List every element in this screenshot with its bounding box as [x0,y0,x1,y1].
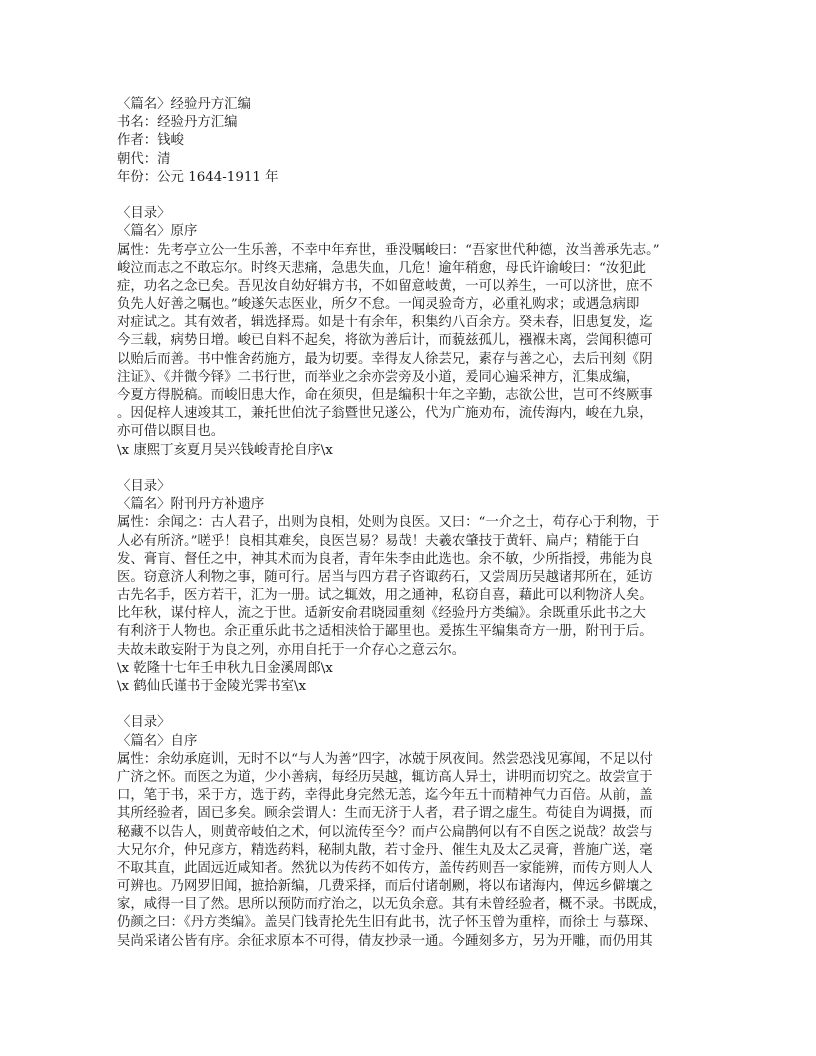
body-line: 对症试之。其有效者，辑选择焉。如是十有余年，积集约八百余方。癸未春，旧患复发，迄 [117,314,697,332]
body-line: 可辨也。乃网罗旧闻，摭拾新编，几费采择，而后付诸剞劂，将以布诸海内，俾远乡僻壤之 [117,878,697,896]
dynasty: 朝代：清 [117,151,697,169]
body-line: 属性：余幼承庭训，无时不以“与人为善”四字，冰兢于夙夜间。然尝恐浅见寡闻，不足以… [117,751,697,769]
body-line: 负先人好善之嘱也。”峻遂矢志医业，所夕不怠。一闻灵验奇方，必重礼购求；或遇急病即 [117,296,697,314]
author: 作者：钱峻 [117,132,697,150]
body-line: 亦可借以瞑目也。 [117,423,697,441]
body-line: 以贻后而善。书中惟舍药施方，最为切要。幸得友人徐芸兄，素存与善之心，去后刊刻《阴 [117,351,697,369]
body-line: 峻泣而志之不敢忘尔。时终天悲痛，急患失血，几危！逾年稍愈，母氏许谕峻曰：“汝犯此 [117,260,697,278]
body-line: 不取其直，此固远近咸知者。然犹以为传药不如传方，盖传药则吾一家能辨，而传方则人人 [117,860,697,878]
body-line: 其所经验者，固已多矣。顾余尝谓人：生而无济于人者，君子谓之虚生。苟徒自为调摄，而 [117,805,697,823]
body-line: 今三载，病势日增。峻已自料不起矣，将欲为善后计，而藐兹孤儿，襁褓未离，尝闻积德可 [117,332,697,350]
body-line: 今夏方得脱稿。而峻旧患大作，命在须臾，但是编积十年之辛勤，志欲公世，岂可不终厥事 [117,387,697,405]
body-line: 仍颜之曰：《丹方类编》。盖吴门钱青抡先生旧有此书，沈子怀玉曾为重梓，而徐士 与慕… [117,914,697,932]
body-line: 注证》、《并微今铎》二书行世，而举业之余亦尝旁及小道，爰同心遍采神方，汇集成编， [117,369,697,387]
document-page: 〈篇名〉经验丹方汇编 书名：经验丹方汇编 作者：钱峻 朝代：清 年份：公元 16… [117,96,697,951]
body-line: 古先名手，医方若干，汇为一册。试之辄效，用之通神，私窃自喜，藉此可以利物济人矣。 [117,587,697,605]
doc-header: 〈篇名〉经验丹方汇编 书名：经验丹方汇编 作者：钱峻 朝代：清 年份：公元 16… [117,96,697,187]
section-title: 〈篇名〉自序 [117,733,697,751]
toc-marker: 〈目录〉 [117,205,697,223]
section-title: 〈篇名〉原序 [117,223,697,241]
body-line: 属性：先考亭立公一生乐善，不幸中年弃世，垂没嘱峻曰：“吾家世代种德，汝当善承先志… [117,242,697,260]
section-title: 〈篇名〉附刊丹方补遗序 [117,496,697,514]
body-line: 症，功名之念已矣。吾见汝自幼好辑方书，不如留意岐黄，一可以养生，一可以济世，庶不 [117,278,697,296]
body-line: 大兄尔介，仲兄彦方，精选药料，秘制丸散，若寸金丹、催生丸及太乙灵膏，普施广送，毫 [117,842,697,860]
toc-marker: 〈目录〉 [117,478,697,496]
toc-marker: 〈目录〉 [117,714,697,732]
signature-line: \x 鹤仙氏谨书于金陵光霁书室\x [117,678,697,696]
body-line: 有利济于人物也。余正重乐此书之适相浃恰于鄙里也。爰拣生平编集奇方一册，附刊于后。 [117,623,697,641]
spacer [117,696,697,714]
body-line: 属性：余闻之：古人君子，出则为良相，处则为良医。又曰：“一介之士，苟存心于利物，… [117,514,697,532]
body-line: 。因促梓人速竣其工，兼托世伯沈子翁暨世兄遂公，代为广施劝布，流传海内，峻在九泉， [117,405,697,423]
book-name: 书名：经验丹方汇编 [117,114,697,132]
body-line: 医。窃意济人利物之事，随可行。居当与四方君子咨诹药石，又尝周历吴越诸邦所在，延访 [117,569,697,587]
section-supplement-preface: 〈目录〉 〈篇名〉附刊丹方补遗序 属性：余闻之：古人君子，出则为良相，处则为良医… [117,478,697,696]
spacer [117,187,697,205]
spacer [117,460,697,478]
body-line: 口，笔于书，采于方，选于药，幸得此身完然无恙，迄今年五十而精神气力百倍。从前，盖 [117,787,697,805]
body-line: 吴尚采诸公皆有序。余征求原本不可得，倩友抄录一通。今踵刻多方，另为开雕，而仍用其 [117,933,697,951]
body-line: 家，咸得一目了然。思所以预防而疗治之，以无负余意。其有未曾经验者，概不录。书既成… [117,896,697,914]
section-original-preface: 〈目录〉 〈篇名〉原序 属性：先考亭立公一生乐善，不幸中年弃世，垂没嘱峻曰：“吾… [117,205,697,460]
body-line: 发、膏肓、督任之中，神其术而为良者，青年朱李由此选也。余不敏，少所指授，弗能为良 [117,551,697,569]
body-line: 广济之怀。而医之为道，少小善病，每经历吴越，辄访高人异士，讲明而切究之。故尝宣于 [117,769,697,787]
year-range: 年份：公元 1644-1911 年 [117,169,697,187]
work-title: 〈篇名〉经验丹方汇编 [117,96,697,114]
section-author-preface: 〈目录〉 〈篇名〉自序 属性：余幼承庭训，无时不以“与人为善”四字，冰兢于夙夜间… [117,714,697,950]
signature-line: \x 乾隆十七年壬申秋九日金溪周郎\x [117,660,697,678]
body-line: 人必有所济。”嗟乎！良相其难矣，良医岂易？易哉！夫羲农肇技于黄轩、扁卢；精能于白 [117,533,697,551]
body-line: 秘藏不以告人，则黄帝岐伯之术，何以流传至今？而卢公扁鹊何以有不自医之说哉？故尝与 [117,824,697,842]
body-line: 比年秋，谋付梓人，流之于世。适新安俞君晓园重刻《经验丹方类编》。余既重乐此书之大 [117,605,697,623]
signature-line: \x 康熙丁亥夏月吴兴钱峻青抡自序\x [117,442,697,460]
body-line: 夫故未敢妄附于为良之列，亦用自托于一介存心之意云尔。 [117,642,697,660]
